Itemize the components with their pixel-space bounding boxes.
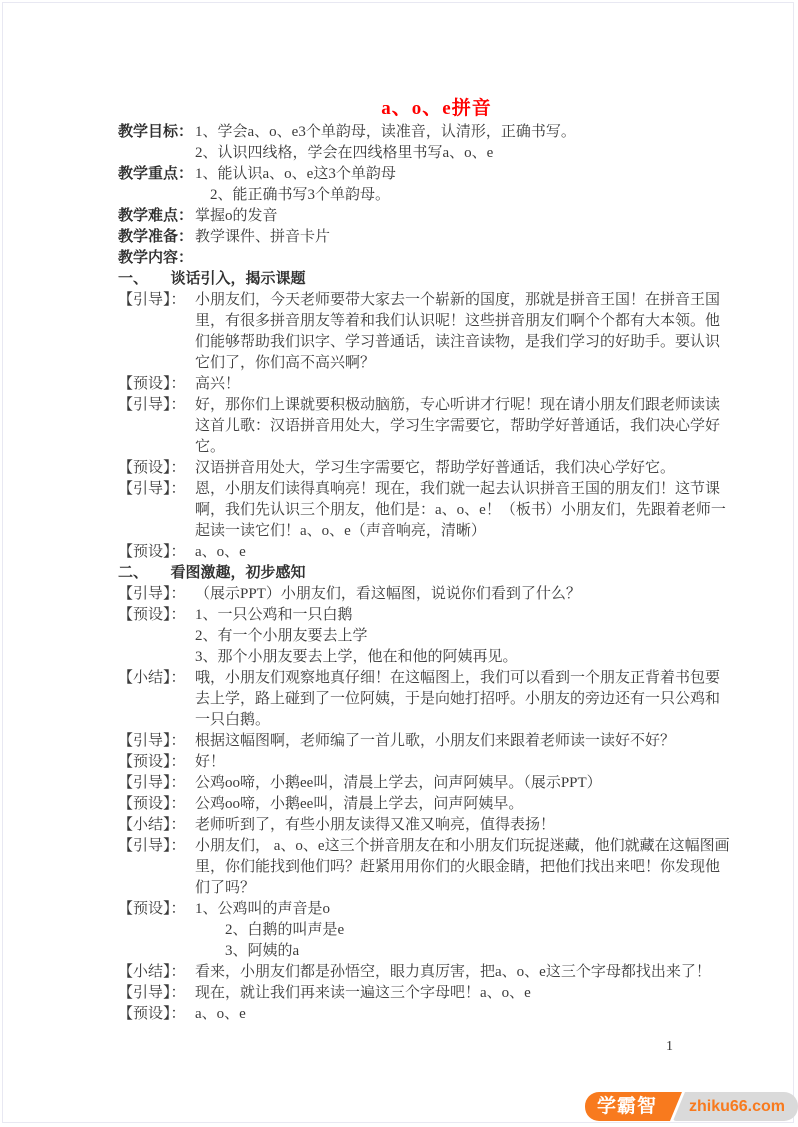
text-line: 1、公鸡叫的声音是o [195, 899, 755, 920]
paragraph-content: 汉语拼音用处大，学习生字需要它，帮助学好普通话，我们决心学好它。 [195, 458, 755, 479]
text-line: 1、一只公鸡和一只白鹅 [195, 605, 755, 626]
text-line: a、o、e [195, 1004, 755, 1025]
paragraph-content: a、o、e [195, 542, 755, 563]
paragraph-content: 现在，就让我们再来读一遍这三个字母吧！a、o、e [195, 983, 755, 1004]
text-line: 公鸡oo啼，小鹅ee叫，清晨上学去，问声阿姨早。（展示PPT） [195, 773, 755, 794]
meta-row: 教学内容： [118, 248, 755, 269]
paragraph-content: 好！ [195, 752, 755, 773]
text-line: 啊，我们先认识三个朋友，他们是：a、o、e！（板书）小朋友们，先跟着老师一 [195, 500, 755, 521]
text-line: 根据这幅图啊，老师编了一首儿歌，小朋友们来跟着老师读一读好不好？ [195, 731, 755, 752]
meta-label: 教学目标： [118, 122, 195, 143]
paragraph-content: 公鸡oo啼，小鹅ee叫，清晨上学去，问声阿姨早。（展示PPT） [195, 773, 755, 794]
dialog-tag: 【预设】： [118, 605, 195, 626]
text-line: 老师听到了，有些小朋友读得又准又响亮，值得表扬！ [195, 815, 755, 836]
paragraph-content: 小朋友们， a、o、e这三个拼音朋友在和小朋友们玩捉迷藏，他们就藏在这幅图画里，… [195, 836, 755, 899]
text-line: 小朋友们， a、o、e这三个拼音朋友在和小朋友们玩捉迷藏，他们就藏在这幅图画 [195, 836, 755, 857]
text-line: 里，有很多拼音朋友等着和我们认识呢！这些拼音朋友们啊个个都有大本领。他 [195, 311, 755, 332]
dialog-tag: 【引导】： [118, 836, 195, 857]
text-line: 好！ [195, 752, 755, 773]
text-line: 高兴！ [195, 374, 755, 395]
dialog-row: 【预设】：高兴！ [118, 374, 755, 395]
dialog-row: 【预设】：a、o、e [118, 542, 755, 563]
paragraph-content: 1、能认识a、o、e这3个单韵母 2、能正确书写3个单韵母。 [195, 164, 755, 206]
meta-row: 教学难点：掌握o的发音 [118, 206, 755, 227]
text-line: 们能够帮助我们识字、学习普通话，读注音读物，是我们学习的好助手。要认识 [195, 332, 755, 353]
watermark: 学霸智库 zhiku66.com [585, 1092, 798, 1121]
text-line: 3、阿姨的a [195, 941, 755, 962]
page-title: a、o、e拼音 [118, 96, 755, 122]
text-line: 它们了，你们高不高兴啊？ [195, 353, 755, 374]
meta-label: 教学准备： [118, 227, 195, 248]
text-line: 们了吗？ [195, 878, 755, 899]
dialog-tag: 【引导】： [118, 773, 195, 794]
dialog-tag: 【预设】： [118, 458, 195, 479]
dialog-row: 【预设】：公鸡oo啼，小鹅ee叫，清晨上学去，问声阿姨早。 [118, 794, 755, 815]
dialog-row: 【引导】：公鸡oo啼，小鹅ee叫，清晨上学去，问声阿姨早。（展示PPT） [118, 773, 755, 794]
document-blocks: 教学目标：1、学会a、o、e3个单韵母，读准音，认清形，正确书写。2、认识四线格… [118, 122, 755, 1025]
dialog-row: 【引导】：根据这幅图啊，老师编了一首儿歌，小朋友们来跟着老师读一读好不好？ [118, 731, 755, 752]
dialog-tag: 【预设】： [118, 899, 195, 920]
watermark-site-link[interactable]: zhiku66.com [673, 1092, 798, 1121]
paragraph-content: 看来，小朋友们都是孙悟空，眼力真厉害，把a、o、e这三个字母都找出来了！ [195, 962, 755, 983]
paragraph-content: 教学课件、拼音卡片 [195, 227, 755, 248]
dialog-row: 【引导】：（展示PPT）小朋友们，看这幅图，说说你们看到了什么？ [118, 584, 755, 605]
paragraph-content: 好，那你们上课就要积极动脑筋，专心听讲才行呢！现在请小朋友们跟老师读读这首儿歌：… [195, 395, 755, 458]
text-line: 它。 [195, 437, 755, 458]
dialog-tag: 【引导】： [118, 584, 195, 605]
dialog-row: 【引导】：好，那你们上课就要积极动脑筋，专心听讲才行呢！现在请小朋友们跟老师读读… [118, 395, 755, 458]
dialog-row: 【预设】：1、公鸡叫的声音是o 2、白鹅的叫声是e 3、阿姨的a [118, 899, 755, 962]
dialog-row: 【引导】：小朋友们， a、o、e这三个拼音朋友在和小朋友们玩捉迷藏，他们就藏在这… [118, 836, 755, 899]
dialog-tag: 【引导】： [118, 290, 195, 311]
dialog-tag: 【预设】： [118, 752, 195, 773]
dialog-row: 【引导】：恩，小朋友们读得真响亮！现在，我们就一起去认识拼音王国的朋友们！这节课… [118, 479, 755, 542]
text-line: 2、认识四线格，学会在四线格里书写a、o、e [195, 143, 755, 164]
text-line: 里，你们能找到他们吗？赶紧用用你们的火眼金睛，把他们找出来吧！你发现他 [195, 857, 755, 878]
text-line: 看来，小朋友们都是孙悟空，眼力真厉害，把a、o、e这三个字母都找出来了！ [195, 962, 755, 983]
dialog-tag: 【引导】： [118, 395, 195, 416]
text-line: 2、能正确书写3个单韵母。 [195, 185, 755, 206]
text-line: 汉语拼音用处大，学习生字需要它，帮助学好普通话，我们决心学好它。 [195, 458, 755, 479]
paragraph-content: 公鸡oo啼，小鹅ee叫，清晨上学去，问声阿姨早。 [195, 794, 755, 815]
paragraph-content: 哦，小朋友们观察地真仔细！在这幅图上，我们可以看到一个朋友正背着书包要去上学，路… [195, 668, 755, 731]
paragraph-content: a、o、e [195, 1004, 755, 1025]
dialog-tag: 【预设】： [118, 1004, 195, 1025]
text-line: 哦，小朋友们观察地真仔细！在这幅图上，我们可以看到一个朋友正背着书包要 [195, 668, 755, 689]
dialog-row: 【预设】：a、o、e [118, 1004, 755, 1025]
text-line: （展示PPT）小朋友们，看这幅图，说说你们看到了什么？ [195, 584, 755, 605]
text-line: 教学课件、拼音卡片 [195, 227, 755, 248]
paragraph-content: 小朋友们，今天老师要带大家去一个崭新的国度，那就是拼音王国！在拼音王国里，有很多… [195, 290, 755, 374]
watermark-brand-badge: 学霸智库 [585, 1092, 682, 1121]
paragraph-content: 恩，小朋友们读得真响亮！现在，我们就一起去认识拼音王国的朋友们！这节课啊，我们先… [195, 479, 755, 542]
dialog-tag: 【引导】： [118, 731, 195, 752]
text-line: 2、有一个小朋友要去上学 [195, 626, 755, 647]
dialog-row: 【引导】：小朋友们，今天老师要带大家去一个崭新的国度，那就是拼音王国！在拼音王国… [118, 290, 755, 374]
text-line: 1、学会a、o、e3个单韵母，读准音，认清形，正确书写。 [195, 122, 755, 143]
dialog-row: 【预设】：1、一只公鸡和一只白鹅2、有一个小朋友要去上学3、那个小朋友要去上学，… [118, 605, 755, 668]
paragraph-content: （展示PPT）小朋友们，看这幅图，说说你们看到了什么？ [195, 584, 755, 605]
paragraph-content: 高兴！ [195, 374, 755, 395]
section-heading: 二、 看图激趣，初步感知 [118, 563, 755, 584]
meta-label: 教学重点： [118, 164, 195, 185]
dialog-row: 【小结】：看来，小朋友们都是孙悟空，眼力真厉害，把a、o、e这三个字母都找出来了… [118, 962, 755, 983]
text-line: 3、那个小朋友要去上学，他在和他的阿姨再见。 [195, 647, 755, 668]
dialog-tag: 【预设】： [118, 794, 195, 815]
dialog-row: 【小结】：哦，小朋友们观察地真仔细！在这幅图上，我们可以看到一个朋友正背着书包要… [118, 668, 755, 731]
text-line: 公鸡oo啼，小鹅ee叫，清晨上学去，问声阿姨早。 [195, 794, 755, 815]
meta-row: 教学重点：1、能认识a、o、e这3个单韵母 2、能正确书写3个单韵母。 [118, 164, 755, 206]
dialog-tag: 【小结】： [118, 668, 195, 689]
dialog-tag: 【小结】： [118, 815, 195, 836]
dialog-row: 【预设】：汉语拼音用处大，学习生字需要它，帮助学好普通话，我们决心学好它。 [118, 458, 755, 479]
section-heading: 一、 谈话引入，揭示课题 [118, 269, 755, 290]
paragraph-content: 1、一只公鸡和一只白鹅2、有一个小朋友要去上学3、那个小朋友要去上学，他在和他的… [195, 605, 755, 668]
dialog-tag: 【预设】： [118, 374, 195, 395]
text-line: 掌握o的发音 [195, 206, 755, 227]
paragraph-content: 掌握o的发音 [195, 206, 755, 227]
paragraph-content: 根据这幅图啊，老师编了一首儿歌，小朋友们来跟着老师读一读好不好？ [195, 731, 755, 752]
paragraph-content: 1、公鸡叫的声音是o 2、白鹅的叫声是e 3、阿姨的a [195, 899, 755, 962]
text-line: 现在，就让我们再来读一遍这三个字母吧！a、o、e [195, 983, 755, 1004]
dialog-row: 【引导】：现在，就让我们再来读一遍这三个字母吧！a、o、e [118, 983, 755, 1004]
text-line: 去上学，路上碰到了一位阿姨，于是向她打招呼。小朋友的旁边还有一只公鸡和 [195, 689, 755, 710]
text-line: 起读一读它们！a、o、e（声音响亮，清晰） [195, 521, 755, 542]
paragraph-content: 1、学会a、o、e3个单韵母，读准音，认清形，正确书写。2、认识四线格，学会在四… [195, 122, 755, 164]
text-line: 1、能认识a、o、e这3个单韵母 [195, 164, 755, 185]
text-line: 好，那你们上课就要积极动脑筋，专心听讲才行呢！现在请小朋友们跟老师读读 [195, 395, 755, 416]
dialog-row: 【预设】：好！ [118, 752, 755, 773]
text-line: 这首儿歌：汉语拼音用处大，学习生字需要它，帮助学好普通话，我们决心学好 [195, 416, 755, 437]
meta-row: 教学目标：1、学会a、o、e3个单韵母，读准音，认清形，正确书写。2、认识四线格… [118, 122, 755, 164]
page-number: 1 [666, 1038, 686, 1056]
dialog-tag: 【引导】： [118, 983, 195, 1004]
text-line: 小朋友们，今天老师要带大家去一个崭新的国度，那就是拼音王国！在拼音王国 [195, 290, 755, 311]
dialog-tag: 【引导】： [118, 479, 195, 500]
dialog-row: 【小结】：老师听到了，有些小朋友读得又准又响亮，值得表扬！ [118, 815, 755, 836]
meta-row: 教学准备：教学课件、拼音卡片 [118, 227, 755, 248]
meta-label: 教学内容： [118, 248, 195, 269]
text-line: 2、白鹅的叫声是e [195, 920, 755, 941]
text-line: a、o、e [195, 542, 755, 563]
text-line: 一只白鹅。 [195, 710, 755, 731]
text-line: 恩，小朋友们读得真响亮！现在，我们就一起去认识拼音王国的朋友们！这节课 [195, 479, 755, 500]
document-body: a、o、e拼音 教学目标：1、学会a、o、e3个单韵母，读准音，认清形，正确书写… [118, 96, 755, 1025]
paragraph-content: 老师听到了，有些小朋友读得又准又响亮，值得表扬！ [195, 815, 755, 836]
meta-label: 教学难点： [118, 206, 195, 227]
dialog-tag: 【预设】： [118, 542, 195, 563]
dialog-tag: 【小结】： [118, 962, 195, 983]
